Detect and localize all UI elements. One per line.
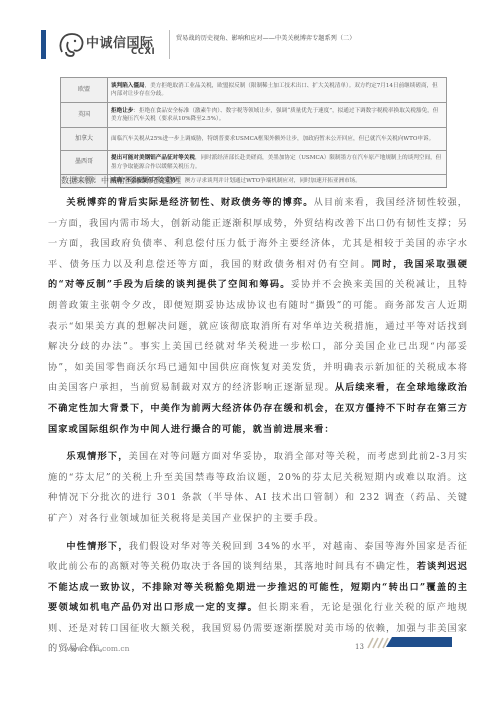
bold-lead: 乐观情形下， <box>66 451 128 462</box>
stance-bold: 提出可能对美钢铝产品征对等关税 <box>111 155 195 161</box>
footer-website: www.ccxi.com.cn <box>64 644 129 653</box>
country-cell: 欧盟 <box>61 78 108 103</box>
stance-bold: 谈判陷入僵局 <box>111 83 145 89</box>
paragraph-text: 妥协并不会换来美国的关税减让，且特朗普政策主张朝令夕改，即便短期妥协达成协议也有… <box>48 279 468 393</box>
stance-text: ，美方拒绝取消工业品关税，欧盟拟反制（限制稀土加工技术出口、扩大关税清单）。双方… <box>111 83 438 97</box>
bold-lead: 中性情形下， <box>66 541 128 552</box>
elephant-logo-icon <box>58 30 86 60</box>
stance-text: 面临汽车关税从25%进一步上调威胁，特朗普要求USMCA框架外额外让步，加政府暂… <box>111 136 434 142</box>
country-cell: 加拿大 <box>61 128 108 151</box>
table-row: 英国 拒绝让步：拒绝在食品安全标准（激素牛肉）、数字税等领域让步，强调“质量优先… <box>61 103 447 128</box>
stance-cell: 提出可能对美钢铝产品征对等关税，同时派经济部长赴美磋商，美墨加协定（USMCA）… <box>108 151 447 175</box>
footer-accent-bar <box>386 637 452 647</box>
header-divider <box>169 30 170 59</box>
country-cell: 英国 <box>61 103 108 128</box>
header-accent-bar <box>41 30 46 59</box>
source-divider <box>60 187 447 188</box>
paragraph-optimistic: 乐观情形下，美国在对等问题方面对华妥协，取消全部对等关税，而考虑到此前2-3月实… <box>48 447 468 529</box>
stance-cell: 面临汽车关税从25%进一步上调威胁，特朗普要求USMCA框架外额外让步，加政府暂… <box>108 128 447 151</box>
country-cell: 墨西哥 <box>61 151 108 175</box>
stance-cell: 拒绝让步：拒绝在食品安全标准（激素牛肉）、数字税等领域让步，强调“质量优先于速度… <box>108 103 447 128</box>
stance-text: ：拒绝在食品安全标准（激素牛肉）、数字税等领域让步，强调“质量优先于速度”，拟通… <box>111 108 438 122</box>
table-row: 加拿大 面临汽车关税从25%进一步上调威胁，特朗普要求USMCA框架外额外让步，… <box>61 128 447 151</box>
data-source-note: 数据来源：中诚信国际研究院整理 <box>61 175 181 186</box>
footer-stripes-icon <box>366 637 391 649</box>
country-stance-table: 欧盟 谈判陷入僵局，美方拒绝取消工业品关税，欧盟拟反制（限制稀土加工技术出口、扩… <box>60 77 447 188</box>
stance-bold: 拒绝让步 <box>111 108 133 114</box>
bold-lead: 关税博弈的背后实际是经济韧性、财政债务等的博弈。 <box>66 197 313 208</box>
paragraph-main: 关税博弈的背后实际是经济韧性、财政债务等的博弈。从目前来看，我国经济韧性较强，一… <box>48 193 468 440</box>
table-row: 欧盟 谈判陷入僵局，美方拒绝取消工业品关税，欧盟拟反制（限制稀土加工技术出口、扩… <box>61 78 447 103</box>
logo-text-en: CCXI <box>131 47 155 57</box>
page-header: 中诚信国际 CCXI 贸易战的历史视角、影响和应对——中美关税博弈专题系列（二） <box>0 0 500 70</box>
page-number: 13 <box>355 643 364 651</box>
stance-cell: 谈判陷入僵局，美方拒绝取消工业品关税，欧盟拟反制（限制稀土加工技术出口、扩大关税… <box>108 78 447 103</box>
report-series-title: 贸易战的历史视角、影响和应对——中美关税博弈专题系列（二） <box>176 33 355 42</box>
body-text: 关税博弈的背后实际是经济韧性、财政债务等的博弈。从目前来看，我国经济韧性较强，一… <box>48 193 468 660</box>
ccxi-logo: 中诚信国际 CCXI <box>58 30 163 60</box>
stance-text: ，澳方寻求谈判并计划通过WTO争端机制应对，同时加速开拓亚洲市场。 <box>179 178 361 184</box>
table-row: 墨西哥 提出可能对美钢铝产品征对等关税，同时派经济部长赴美磋商，美墨加协定（US… <box>61 151 447 175</box>
